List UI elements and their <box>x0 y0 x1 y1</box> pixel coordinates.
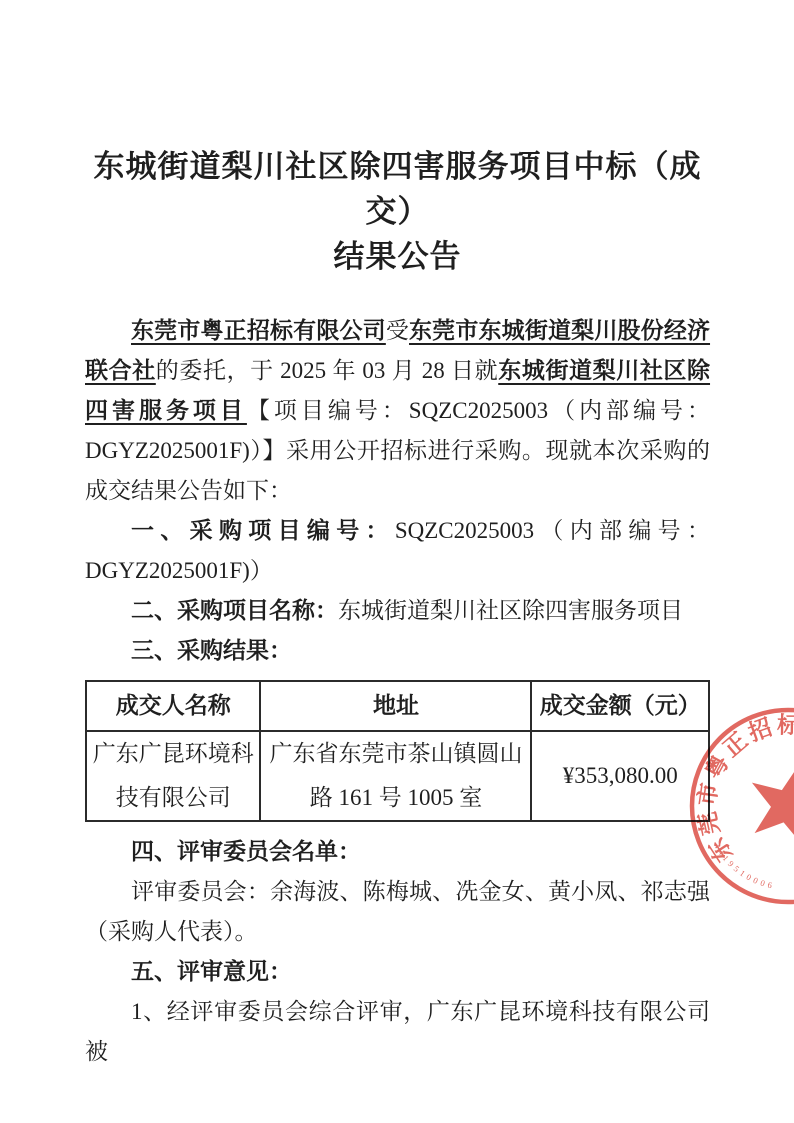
text-segment: 四、评审委员会名单： <box>131 839 361 864</box>
title-line-1: 东城街道梨川社区除四害服务项目中标（成交） <box>94 149 702 229</box>
text-segment: 东城街道梨川社区除四害服务项目 <box>338 598 683 623</box>
cell-amount: ¥353,080.00 <box>531 731 709 821</box>
seal-star-icon <box>752 765 794 847</box>
result-table: 成交人名称 地址 成交金额（元） 广东广昆环境科技有限公司 广东省东莞市茶山镇圆… <box>85 680 710 822</box>
text-segment: 一、采购项目编号： <box>131 518 395 543</box>
text-segment: 的委托，于 2025 年 03 月 28 日就 <box>156 358 498 383</box>
seal-serial-number: 4419510006 <box>712 841 773 890</box>
table-header-row: 成交人名称 地址 成交金额（元） <box>86 681 709 731</box>
text-segment: 二、采购项目名称： <box>131 598 338 623</box>
opinion-item: 1、经评审委员会综合评审，广东广昆环境科技有限公司被 <box>85 992 710 1072</box>
header-winner-name: 成交人名称 <box>86 681 260 731</box>
section-project-name: 二、采购项目名称：东城街道梨川社区除四害服务项目 <box>85 591 710 631</box>
text-segment: 1、经评审委员会综合评审，广东广昆环境科技有限公司被 <box>85 999 710 1064</box>
announcement-page: 东城街道梨川社区除四害服务项目中标（成交） 结果公告 东莞市粤正招标有限公司受东… <box>0 0 794 1123</box>
section-opinion-heading: 五、评审意见： <box>85 952 710 992</box>
text-segment: 评审委员会：余海波、陈梅城、冼金女、黄小凤、祁志强（采购人代表）。 <box>85 879 710 944</box>
text-segment: 受 <box>386 318 409 343</box>
table-row: 广东广昆环境科技有限公司 广东省东莞市茶山镇圆山路 161 号 1005 室 ¥… <box>86 731 709 821</box>
document-content: 东城街道梨川社区除四害服务项目中标（成交） 结果公告 东莞市粤正招标有限公司受东… <box>85 144 710 1072</box>
page-title: 东城街道梨川社区除四害服务项目中标（成交） 结果公告 <box>85 144 710 279</box>
text-segment: 三、采购结果： <box>131 638 292 663</box>
section-result-heading: 三、采购结果： <box>85 631 710 671</box>
cell-address: 广东省东莞市茶山镇圆山路 161 号 1005 室 <box>260 731 531 821</box>
intro-paragraph: 东莞市粤正招标有限公司受东莞市东城街道梨川股份经济联合社的委托，于 2025 年… <box>85 311 710 511</box>
header-amount: 成交金额（元） <box>531 681 709 731</box>
text-segment: 东莞市粤正招标有限公司 <box>131 318 386 343</box>
committee-members: 评审委员会：余海波、陈梅城、冼金女、黄小凤、祁志强（采购人代表）。 <box>85 872 710 952</box>
title-line-2: 结果公告 <box>334 239 462 274</box>
section-committee-heading: 四、评审委员会名单： <box>85 832 710 872</box>
header-address: 地址 <box>260 681 531 731</box>
cell-winner-name: 广东广昆环境科技有限公司 <box>86 731 260 821</box>
section-project-number: 一、采购项目编号：SQZC2025003（内部编号：DGYZ2025001F)） <box>85 511 710 591</box>
text-segment: 五、评审意见： <box>131 959 292 984</box>
